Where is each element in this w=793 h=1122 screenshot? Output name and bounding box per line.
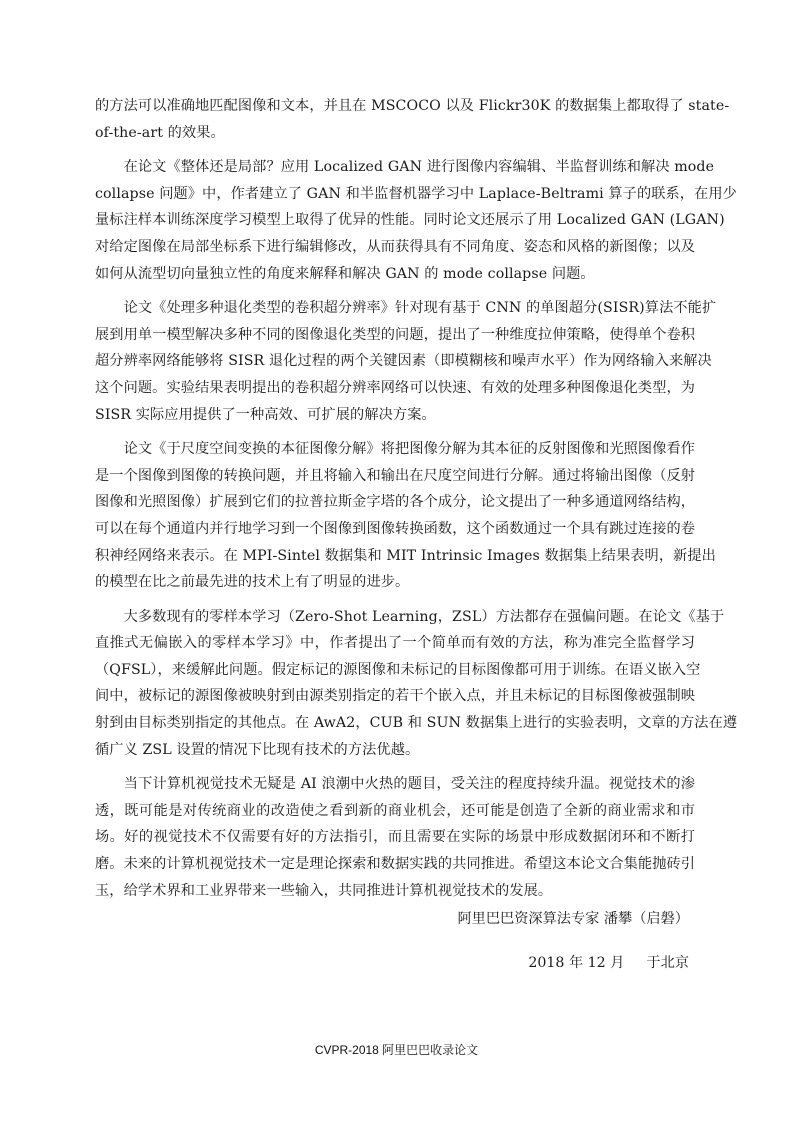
text-line: 这个问题。实验结果表明提出的卷积超分辨率网络可以快速、有效的处理多种图像退化类型… <box>95 375 695 402</box>
text-line: 透，既可能是对传统商业的改造使之看到新的商业机会，还可能是创造了全新的商业需求和… <box>95 798 695 825</box>
text-line: 图像和光照图像）扩展到它们的拉普拉斯金字塔的各个成分，论文提出了一种多通道网络结… <box>95 489 695 516</box>
text-line: 间中，被标记的源图像被映射到由源类别指定的若干个嵌入点，并且未标记的目标图像被强… <box>95 683 695 710</box>
author-signature: 阿里巴巴资深算法专家 潘攀（启磐） <box>457 906 689 932</box>
text-line: collapse 问题》中，作者建立了 GAN 和半监督机器学习中 Laplac… <box>95 181 695 208</box>
text-line: 磨。未来的计算机视觉技术一定是理论探索和数据实践的共同推进。希望这本论文合集能抛… <box>95 851 695 878</box>
text-line: 展到用单一模型解决多种不同的图像退化类型的问题，提出了一种维度拉伸策略，使得单个… <box>95 322 695 349</box>
text-line: 当下计算机视觉技术无疑是 AI 浪潮中火热的题目，受关注的程度持续升温。视觉技术… <box>95 771 695 798</box>
text-line: 论文《于尺度空间变换的本征图像分解》将把图像分解为其本征的反射图像和光照图像看作 <box>95 436 695 463</box>
text-line: 玉，给学术界和工业界带来一些输入，共同推进计算机视觉技术的发展。 <box>95 878 695 905</box>
text-line: 论文《处理多种退化类型的卷积超分辨率》针对现有基于 CNN 的单图超分(SISR… <box>95 295 695 322</box>
paragraph-super-resolution: 论文《处理多种退化类型的卷积超分辨率》针对现有基于 CNN 的单图超分(SISR… <box>95 295 695 428</box>
date-text: 2018 年 12 月 <box>528 955 624 971</box>
text-line: 对给定图像在局部坐标系下进行编辑修改，从而获得具有不同角度、姿态和风格的新图像；… <box>95 234 695 261</box>
paragraph-continuation: 的方法可以准确地匹配图像和文本，并且在 MSCOCO 以及 Flickr30K … <box>95 93 695 146</box>
place-text: 于北京 <box>646 955 689 971</box>
paragraph-intrinsic-image: 论文《于尺度空间变换的本征图像分解》将把图像分解为其本征的反射图像和光照图像看作… <box>95 436 695 596</box>
text-line: 的模型在比之前最先进的技术上有了明显的进步。 <box>95 569 695 596</box>
text-line: 如何从流型切向量独立性的角度来解释和解决 GAN 的 mode collapse… <box>95 261 695 288</box>
text-line: 在论文《整体还是局部？应用 Localized GAN 进行图像内容编辑、半监督… <box>95 154 695 181</box>
paragraph-zero-shot: 大多数现有的零样本学习（Zero-Shot Learning，ZSL）方法都存在… <box>95 604 695 764</box>
paragraph-conclusion: 当下计算机视觉技术无疑是 AI 浪潮中火热的题目，受关注的程度持续升温。视觉技术… <box>95 771 695 904</box>
text-line: 大多数现有的零样本学习（Zero-Shot Learning，ZSL）方法都存在… <box>95 604 695 631</box>
date-place-line: 2018 年 12 月于北京 <box>528 950 689 976</box>
text-line: 可以在每个通道内并行地学习到一个图像到图像转换函数，这个函数通过一个具有跳过连接… <box>95 516 695 543</box>
text-line: 场。好的视觉技术不仅需要有好的方法指引，而且需要在实际的场景中形成数据闭环和不断… <box>95 824 695 851</box>
text-line: 循广义 ZSL 设置的情况下比现有技术的方法优越。 <box>95 737 695 764</box>
text-line: 超分辨率网络能够将 SISR 退化过程的两个关键因素（即模糊核和噪声水平）作为网… <box>95 348 695 375</box>
body-text: 的方法可以准确地匹配图像和文本，并且在 MSCOCO 以及 Flickr30K … <box>95 93 695 912</box>
page-footer: CVPR-2018 阿里巴巴收录论文 <box>0 1042 793 1058</box>
text-line: 的方法可以准确地匹配图像和文本，并且在 MSCOCO 以及 Flickr30K … <box>95 93 695 120</box>
text-line: 量标注样本训练深度学习模型上取得了优异的性能。同时论文还展示了用 Localiz… <box>95 207 695 234</box>
text-line: 射到由目标类别指定的其他点。在 AwA2，CUB 和 SUN 数据集上进行的实验… <box>95 710 695 737</box>
text-line: of-the-art 的效果。 <box>95 120 695 147</box>
text-line: 是一个图像到图像的转换问题，并且将输入和输出在尺度空间进行分解。通过将输出图像（… <box>95 463 695 490</box>
paragraph-localized-gan: 在论文《整体还是局部？应用 Localized GAN 进行图像内容编辑、半监督… <box>95 154 695 287</box>
document-page: 的方法可以准确地匹配图像和文本，并且在 MSCOCO 以及 Flickr30K … <box>0 0 793 1122</box>
text-line: SISR 实际应用提供了一种高效、可扩展的解决方案。 <box>95 402 695 429</box>
text-line: 直推式无偏嵌入的零样本学习》中，作者提出了一个简单而有效的方法，称为准完全监督学… <box>95 630 695 657</box>
text-line: 积神经网络来表示。在 MPI-Sintel 数据集和 MIT Intrinsic… <box>95 543 695 570</box>
text-line: （QFSL），来缓解此问题。假定标记的源图像和未标记的目标图像都可用于训练。在语… <box>95 657 695 684</box>
